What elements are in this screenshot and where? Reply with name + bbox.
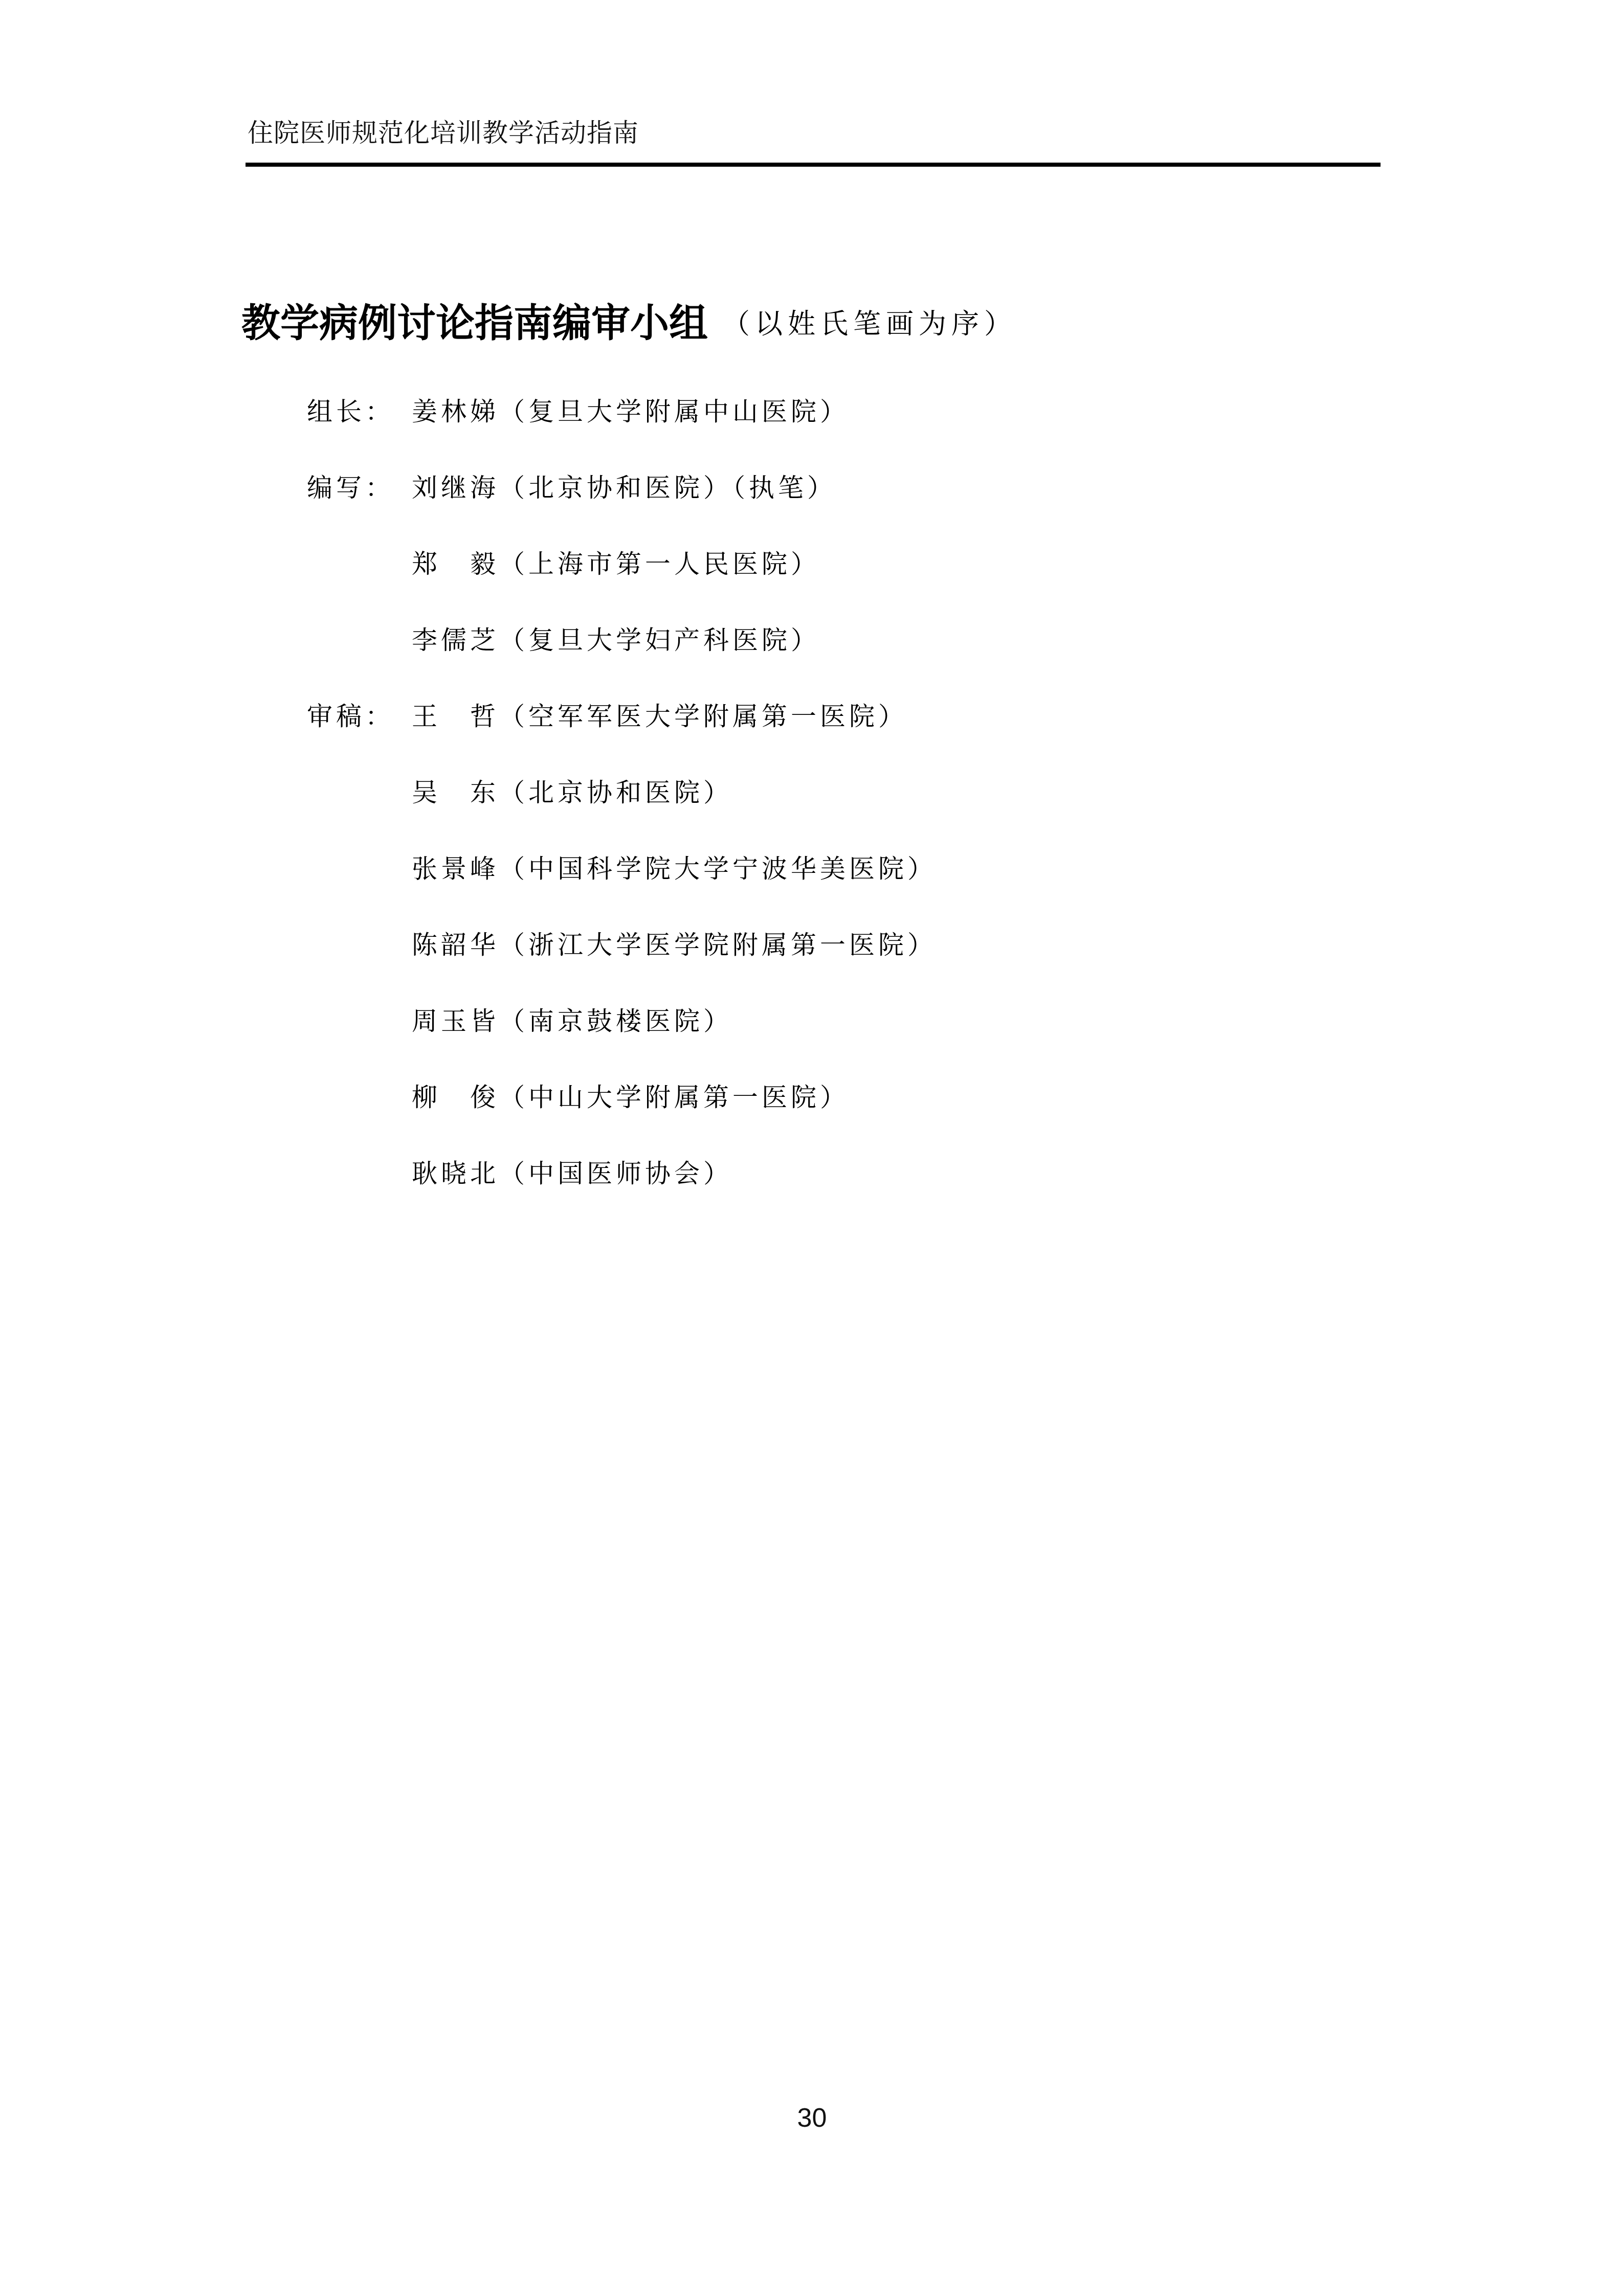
- page-title-note: （以姓氏笔画为序）: [722, 302, 1017, 342]
- page-number: 30: [0, 2103, 1624, 2133]
- committee-row: 张景峰（中国科学院大学宁波华美医院）: [307, 828, 937, 905]
- committee-row: 审稿：王 哲（空军军医大学附属第一医院）: [307, 676, 937, 752]
- member-affiliation: （复旦大学附属中山医院）: [499, 391, 849, 428]
- member-name: 陈韶华: [412, 925, 499, 961]
- member-name: 姜林娣: [412, 391, 499, 428]
- committee-row: 周玉皆（南京鼓楼医院）: [307, 981, 937, 1057]
- member-name: 刘继海: [412, 467, 499, 504]
- committee-row: 陈韶华（浙江大学医学院附属第一医院）: [307, 905, 937, 981]
- document-page: 住院医师规范化培训教学活动指南 教学病例讨论指南编审小组 （以姓氏笔画为序） 组…: [0, 0, 1624, 2296]
- role-label: 组长：: [307, 391, 412, 428]
- committee-list: 组长：姜林娣（复旦大学附属中山医院）编写：刘继海（北京协和医院）（执笔）郑 毅（…: [307, 371, 937, 1209]
- member-name: 吴 东: [412, 772, 499, 809]
- page-title-block: 教学病例讨论指南编审小组 （以姓氏笔画为序）: [241, 286, 1017, 353]
- member-affiliation: （北京协和医院）（执笔）: [499, 467, 836, 504]
- committee-row: 耿晓北（中国医师协会）: [307, 1133, 937, 1209]
- member-affiliation: （复旦大学妇产科医院）: [499, 620, 820, 657]
- committee-row: 柳 俊（中山大学附属第一医院）: [307, 1057, 937, 1133]
- member-affiliation: （中国医师协会）: [499, 1153, 732, 1190]
- page-title: 教学病例讨论指南编审小组: [241, 292, 708, 348]
- role-label: 编写：: [307, 467, 412, 504]
- member-name: 柳 俊: [412, 1077, 499, 1114]
- running-header: 住院医师规范化培训教学活动指南: [248, 118, 639, 148]
- member-name: 耿晓北: [412, 1153, 499, 1190]
- member-affiliation: （上海市第一人民医院）: [499, 544, 820, 580]
- member-affiliation: （空军军医大学附属第一医院）: [499, 696, 907, 733]
- member-affiliation: （北京协和医院）: [499, 772, 732, 809]
- member-affiliation: （中山大学附属第一医院）: [499, 1077, 849, 1114]
- header-divider-rule: [246, 163, 1381, 167]
- member-name: 李儒芝: [412, 620, 499, 657]
- member-affiliation: （南京鼓楼医院）: [499, 1001, 732, 1038]
- committee-row: 组长：姜林娣（复旦大学附属中山医院）: [307, 371, 937, 447]
- member-name: 郑 毅: [412, 544, 499, 580]
- committee-row: 编写：刘继海（北京协和医院）（执笔）: [307, 447, 937, 524]
- member-name: 王 哲: [412, 696, 499, 733]
- committee-row: 吴 东（北京协和医院）: [307, 752, 937, 828]
- role-label: 审稿：: [307, 696, 412, 733]
- member-affiliation: （浙江大学医学院附属第一医院）: [499, 925, 937, 961]
- committee-row: 李儒芝（复旦大学妇产科医院）: [307, 600, 937, 676]
- member-name: 周玉皆: [412, 1001, 499, 1038]
- committee-row: 郑 毅（上海市第一人民医院）: [307, 524, 937, 600]
- member-affiliation: （中国科学院大学宁波华美医院）: [499, 848, 937, 885]
- member-name: 张景峰: [412, 848, 499, 885]
